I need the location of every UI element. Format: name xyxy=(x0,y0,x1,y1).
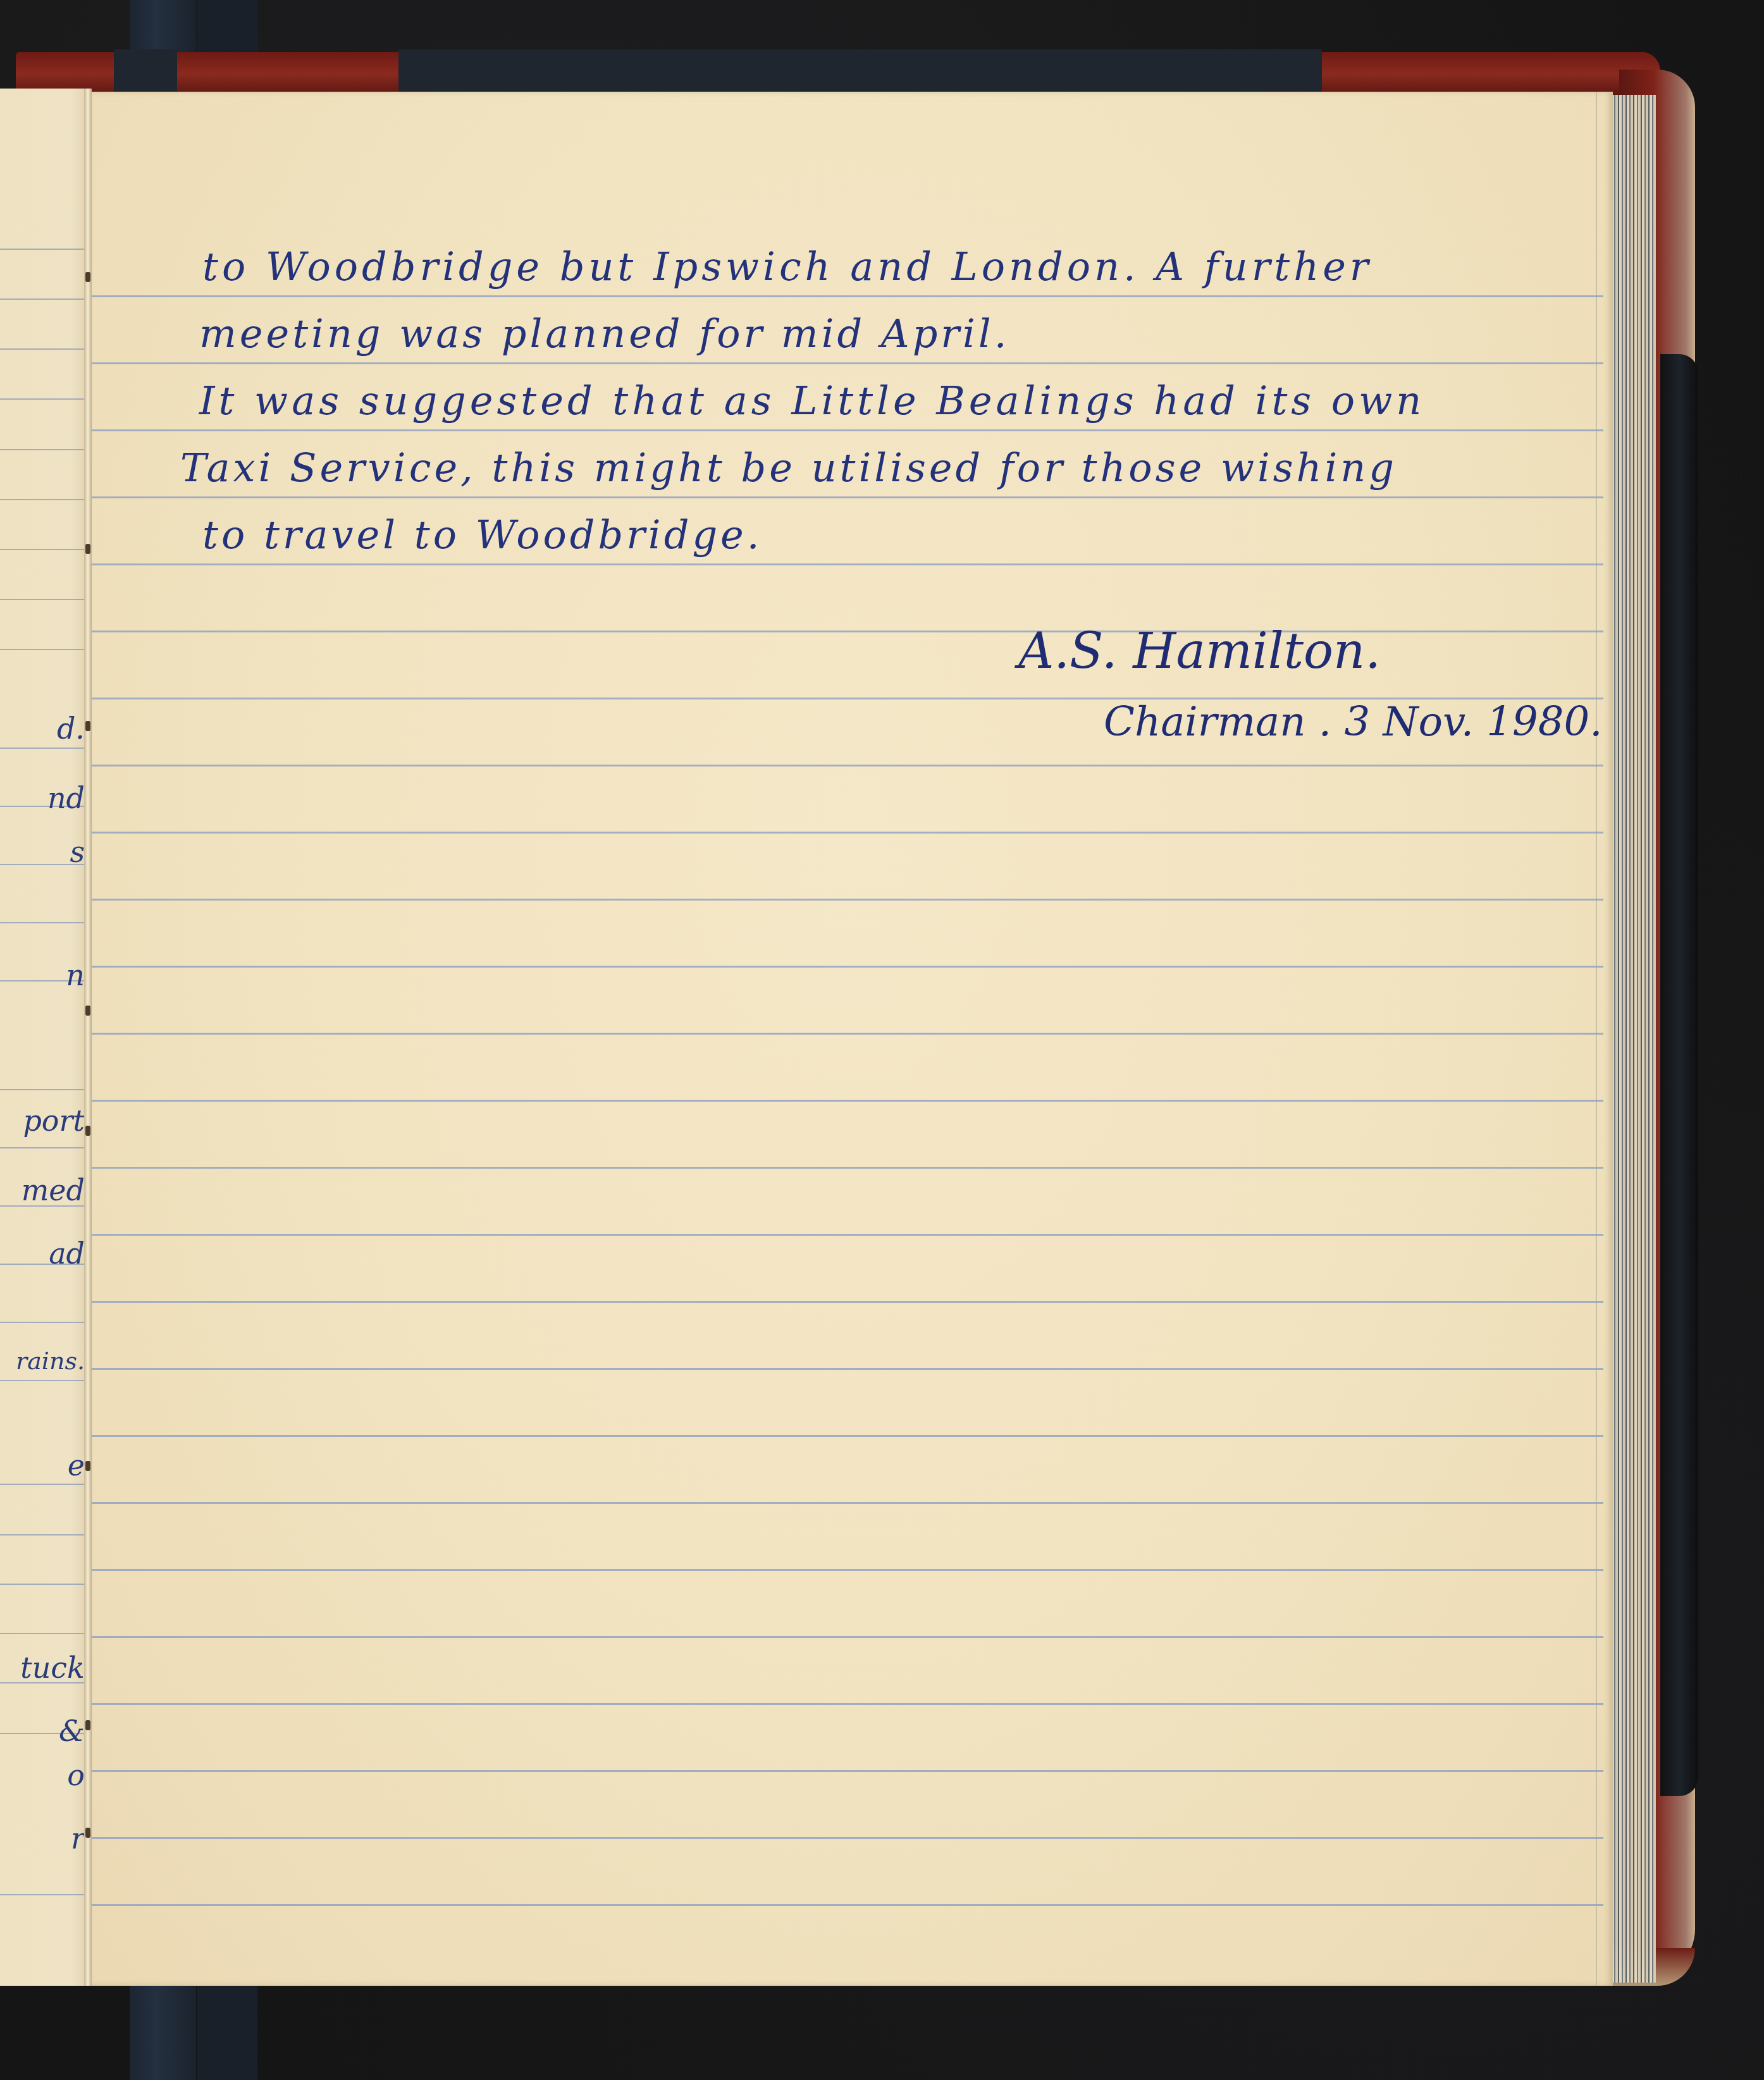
left-fragment: e xyxy=(0,1448,89,1482)
rule-line xyxy=(0,1894,89,1895)
left-fragment: nd xyxy=(0,781,89,815)
chairman-title-date: Chairman . 3 Nov. 1980. xyxy=(1104,699,1603,746)
cover-spine-divider-bottom xyxy=(197,1986,257,2080)
rule-line xyxy=(0,549,89,550)
rule-line xyxy=(0,1322,89,1323)
rule-line xyxy=(0,922,89,923)
rule-line xyxy=(92,1837,1603,1839)
binding-stitch xyxy=(85,272,90,282)
cover-spine-bottom xyxy=(130,1986,196,2080)
rule-line xyxy=(92,1703,1603,1705)
cover-cloth-top xyxy=(398,49,1322,94)
left-fragment: tuck xyxy=(0,1651,89,1685)
left-fragment: n xyxy=(0,958,89,992)
left-fragment: rains. xyxy=(0,1347,89,1375)
rule-line xyxy=(92,1033,1603,1035)
right-page: to Woodbridge but Ipswich and London. A … xyxy=(92,92,1613,1986)
handwritten-line-2: meeting was planned for mid April. xyxy=(199,311,1009,357)
handwritten-line-5: to travel to Woodbridge. xyxy=(202,512,762,558)
rule-line xyxy=(0,599,89,600)
handwritten-line-4: Taxi Service, this might be utilised for… xyxy=(180,445,1397,491)
rule-line xyxy=(0,748,89,749)
rule-line xyxy=(92,1100,1603,1102)
rule-line xyxy=(92,832,1603,834)
rule-line xyxy=(92,1301,1603,1303)
rule-line xyxy=(0,398,89,400)
rule-line xyxy=(92,1435,1603,1437)
rule-line xyxy=(0,649,89,650)
rule-line xyxy=(0,1089,89,1090)
book-gutter xyxy=(84,89,92,1986)
rule-line xyxy=(92,966,1603,968)
rule-line xyxy=(92,1234,1603,1236)
rule-line xyxy=(92,899,1603,901)
binding-stitch xyxy=(85,544,90,554)
cover-cloth-right xyxy=(1660,354,1698,1796)
binding-stitch xyxy=(85,1828,90,1838)
binding-stitch xyxy=(85,1461,90,1471)
rule-line xyxy=(92,1368,1603,1370)
left-fragment: r xyxy=(0,1821,89,1855)
rule-line xyxy=(0,1484,89,1485)
rule-line xyxy=(92,1167,1603,1169)
rule-line xyxy=(92,563,1603,565)
rule-line xyxy=(92,295,1603,297)
rule-line xyxy=(92,496,1603,498)
rule-line xyxy=(0,1534,89,1535)
handwritten-line-3: It was suggested that as Little Bealings… xyxy=(199,378,1425,424)
rule-line xyxy=(92,1569,1603,1571)
rule-line xyxy=(92,1636,1603,1638)
binding-stitch xyxy=(85,1720,90,1730)
rule-line xyxy=(92,1502,1603,1504)
left-fragment: o xyxy=(0,1758,89,1792)
binding-stitch xyxy=(85,1126,90,1136)
rule-line xyxy=(0,449,89,450)
rule-line xyxy=(0,249,89,250)
left-fragment: s xyxy=(0,835,89,869)
cover-cloth-top-left xyxy=(114,49,177,94)
rule-line xyxy=(92,362,1603,364)
rule-line xyxy=(0,298,89,300)
left-fragment: d. xyxy=(0,711,89,746)
binding-stitch xyxy=(85,1006,90,1016)
binding-stitch xyxy=(85,721,90,731)
rule-line xyxy=(0,1584,89,1585)
rule-line xyxy=(92,1770,1603,1772)
left-fragment: port xyxy=(0,1104,89,1138)
handwritten-line-1: to Woodbridge but Ipswich and London. A … xyxy=(202,243,1372,290)
chairman-signature: A.S. Hamilton. xyxy=(1018,623,1381,680)
left-page xyxy=(0,89,89,1986)
left-fragment: ad xyxy=(0,1236,89,1271)
rule-line xyxy=(0,348,89,350)
rule-line xyxy=(92,1904,1603,1906)
rule-line xyxy=(0,1380,89,1381)
left-fragment: & xyxy=(0,1714,89,1748)
rule-line xyxy=(0,1147,89,1148)
page-stack-edge xyxy=(1612,95,1656,1983)
page-margin-line xyxy=(1596,92,1597,1986)
rule-line xyxy=(92,429,1603,431)
rule-line xyxy=(92,765,1603,766)
rule-line xyxy=(0,1633,89,1634)
left-fragment: med xyxy=(0,1173,89,1207)
rule-line xyxy=(0,499,89,500)
